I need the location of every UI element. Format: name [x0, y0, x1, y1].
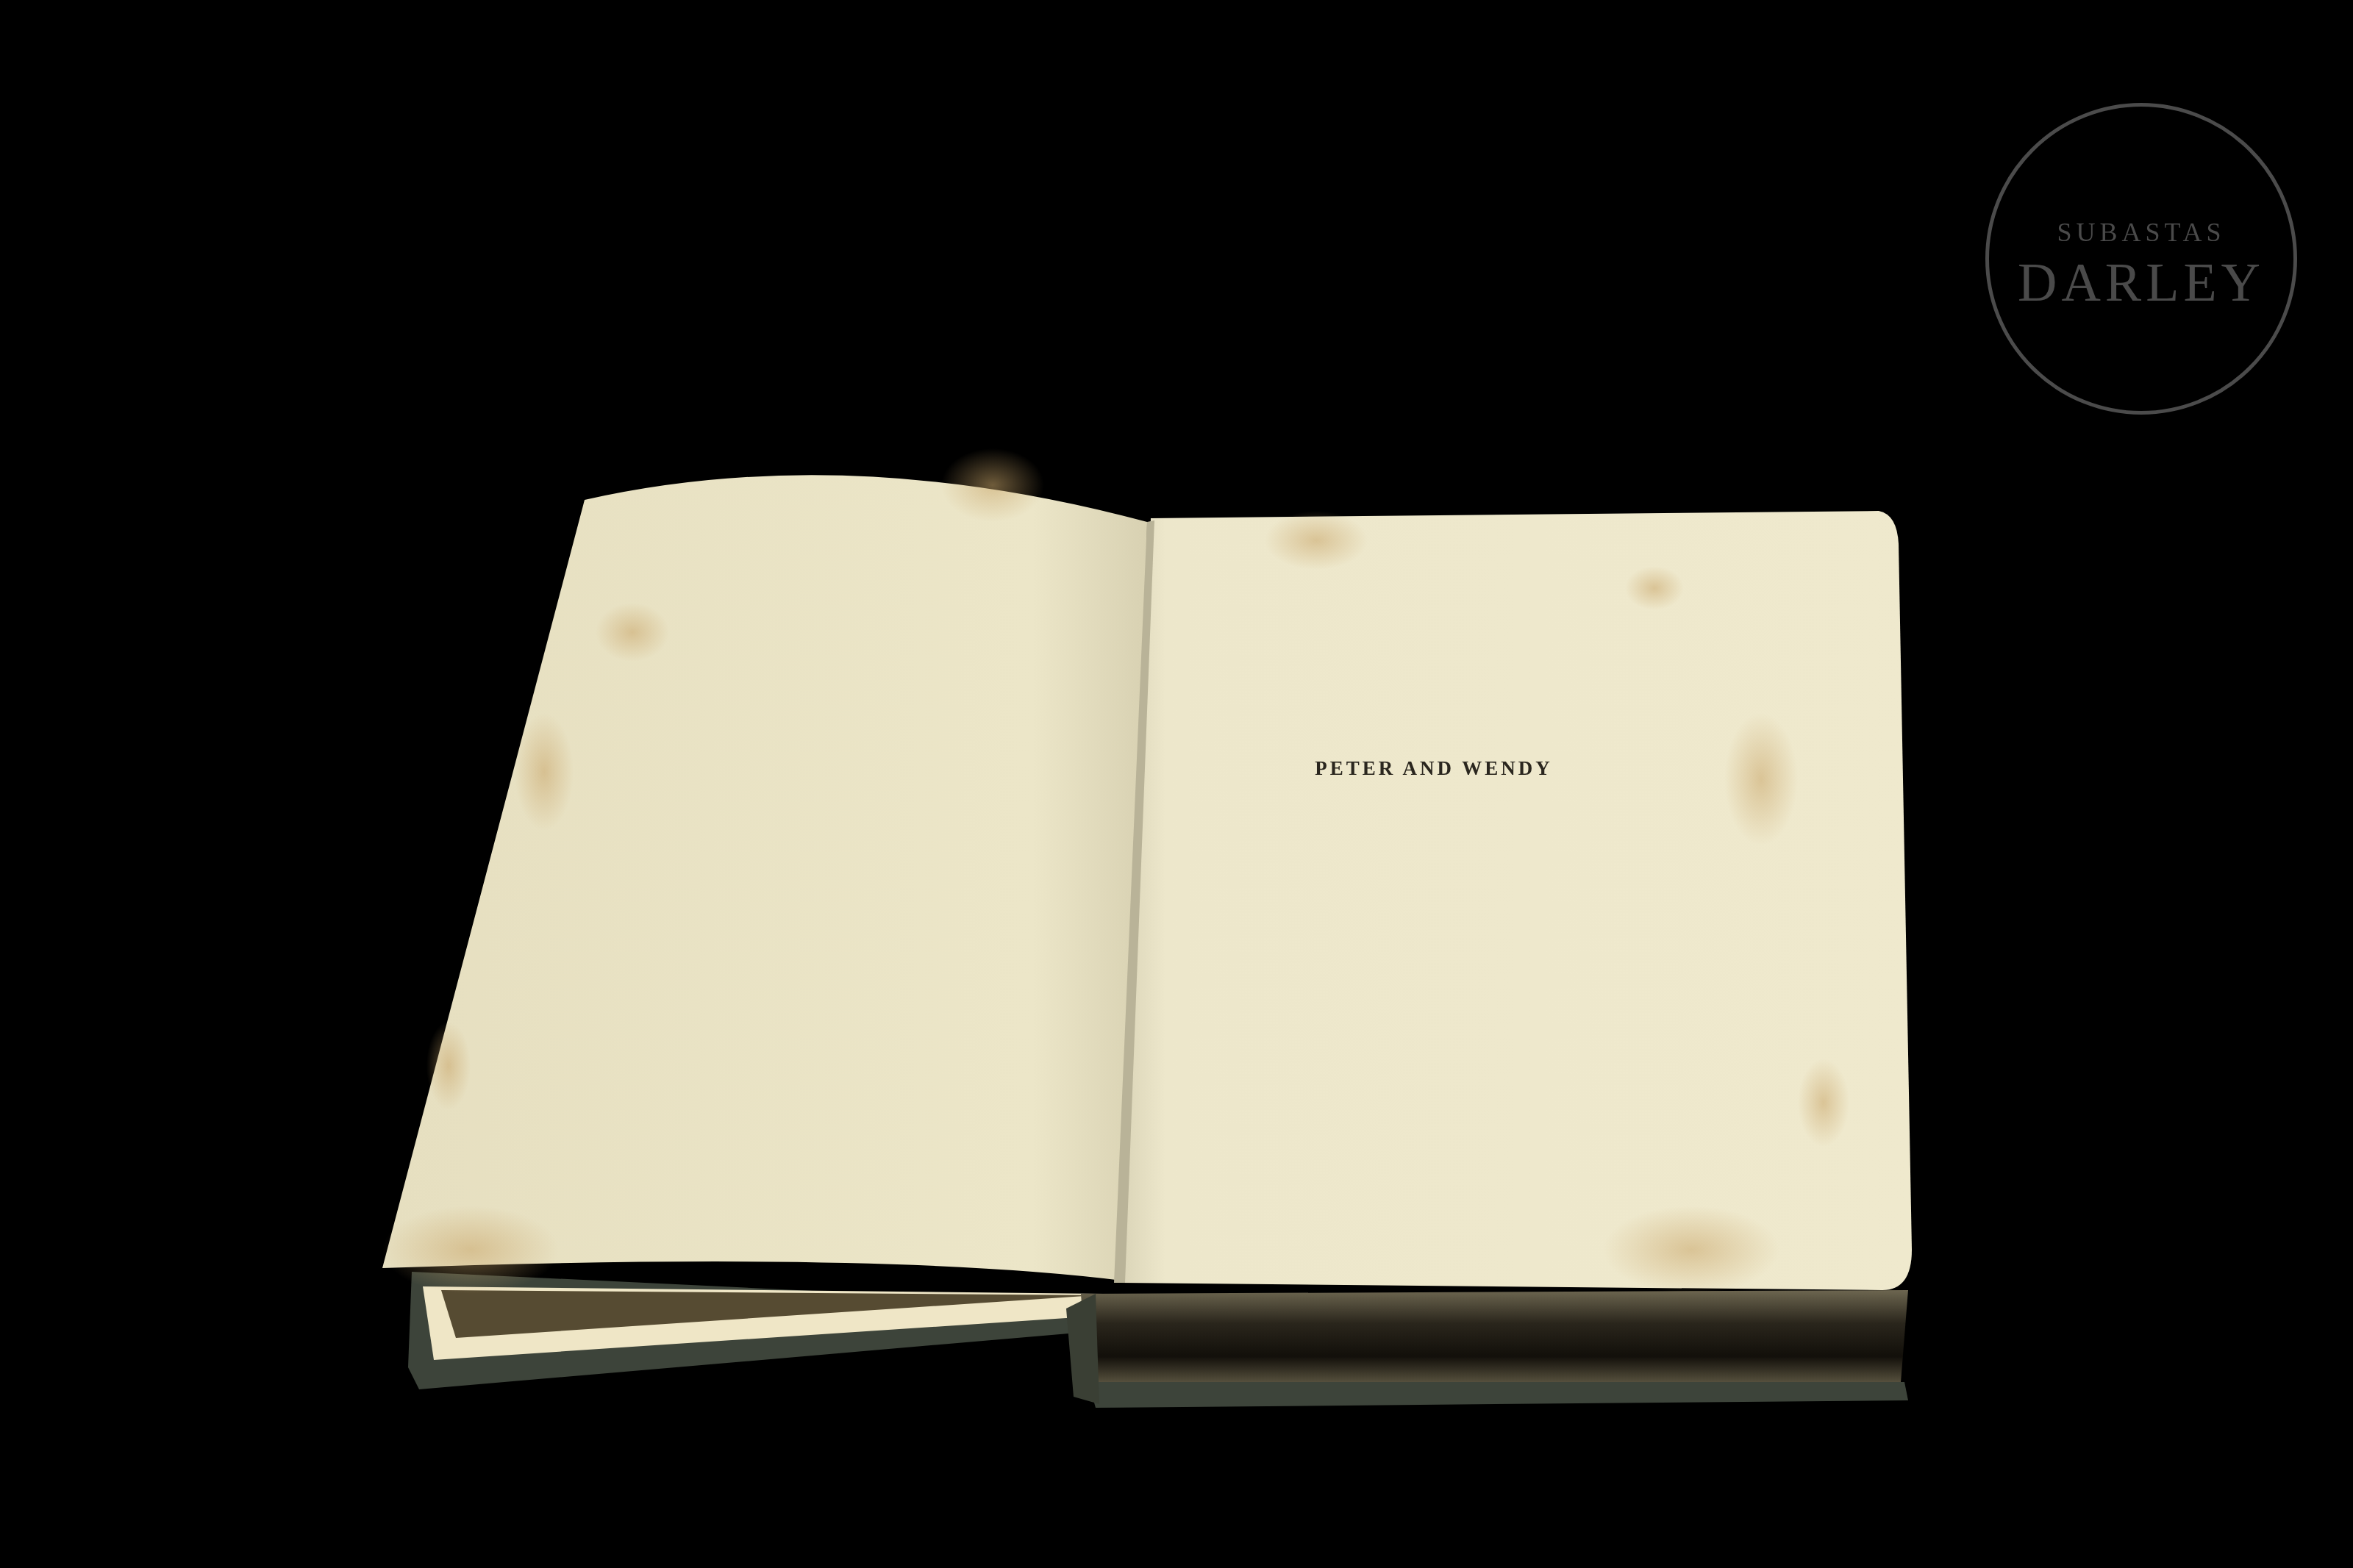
watermark-logo: SUBASTAS DARLEY [1985, 103, 2297, 415]
left-page [382, 448, 1147, 1294]
right-page-block [1066, 1290, 1908, 1408]
left-cover [408, 1272, 1107, 1389]
book-title: PETER AND WENDY [1213, 757, 1654, 780]
watermark-line1: SUBASTAS [1989, 217, 2293, 248]
right-page [1118, 511, 1912, 1294]
watermark-line2: DARLEY [1989, 252, 2293, 315]
